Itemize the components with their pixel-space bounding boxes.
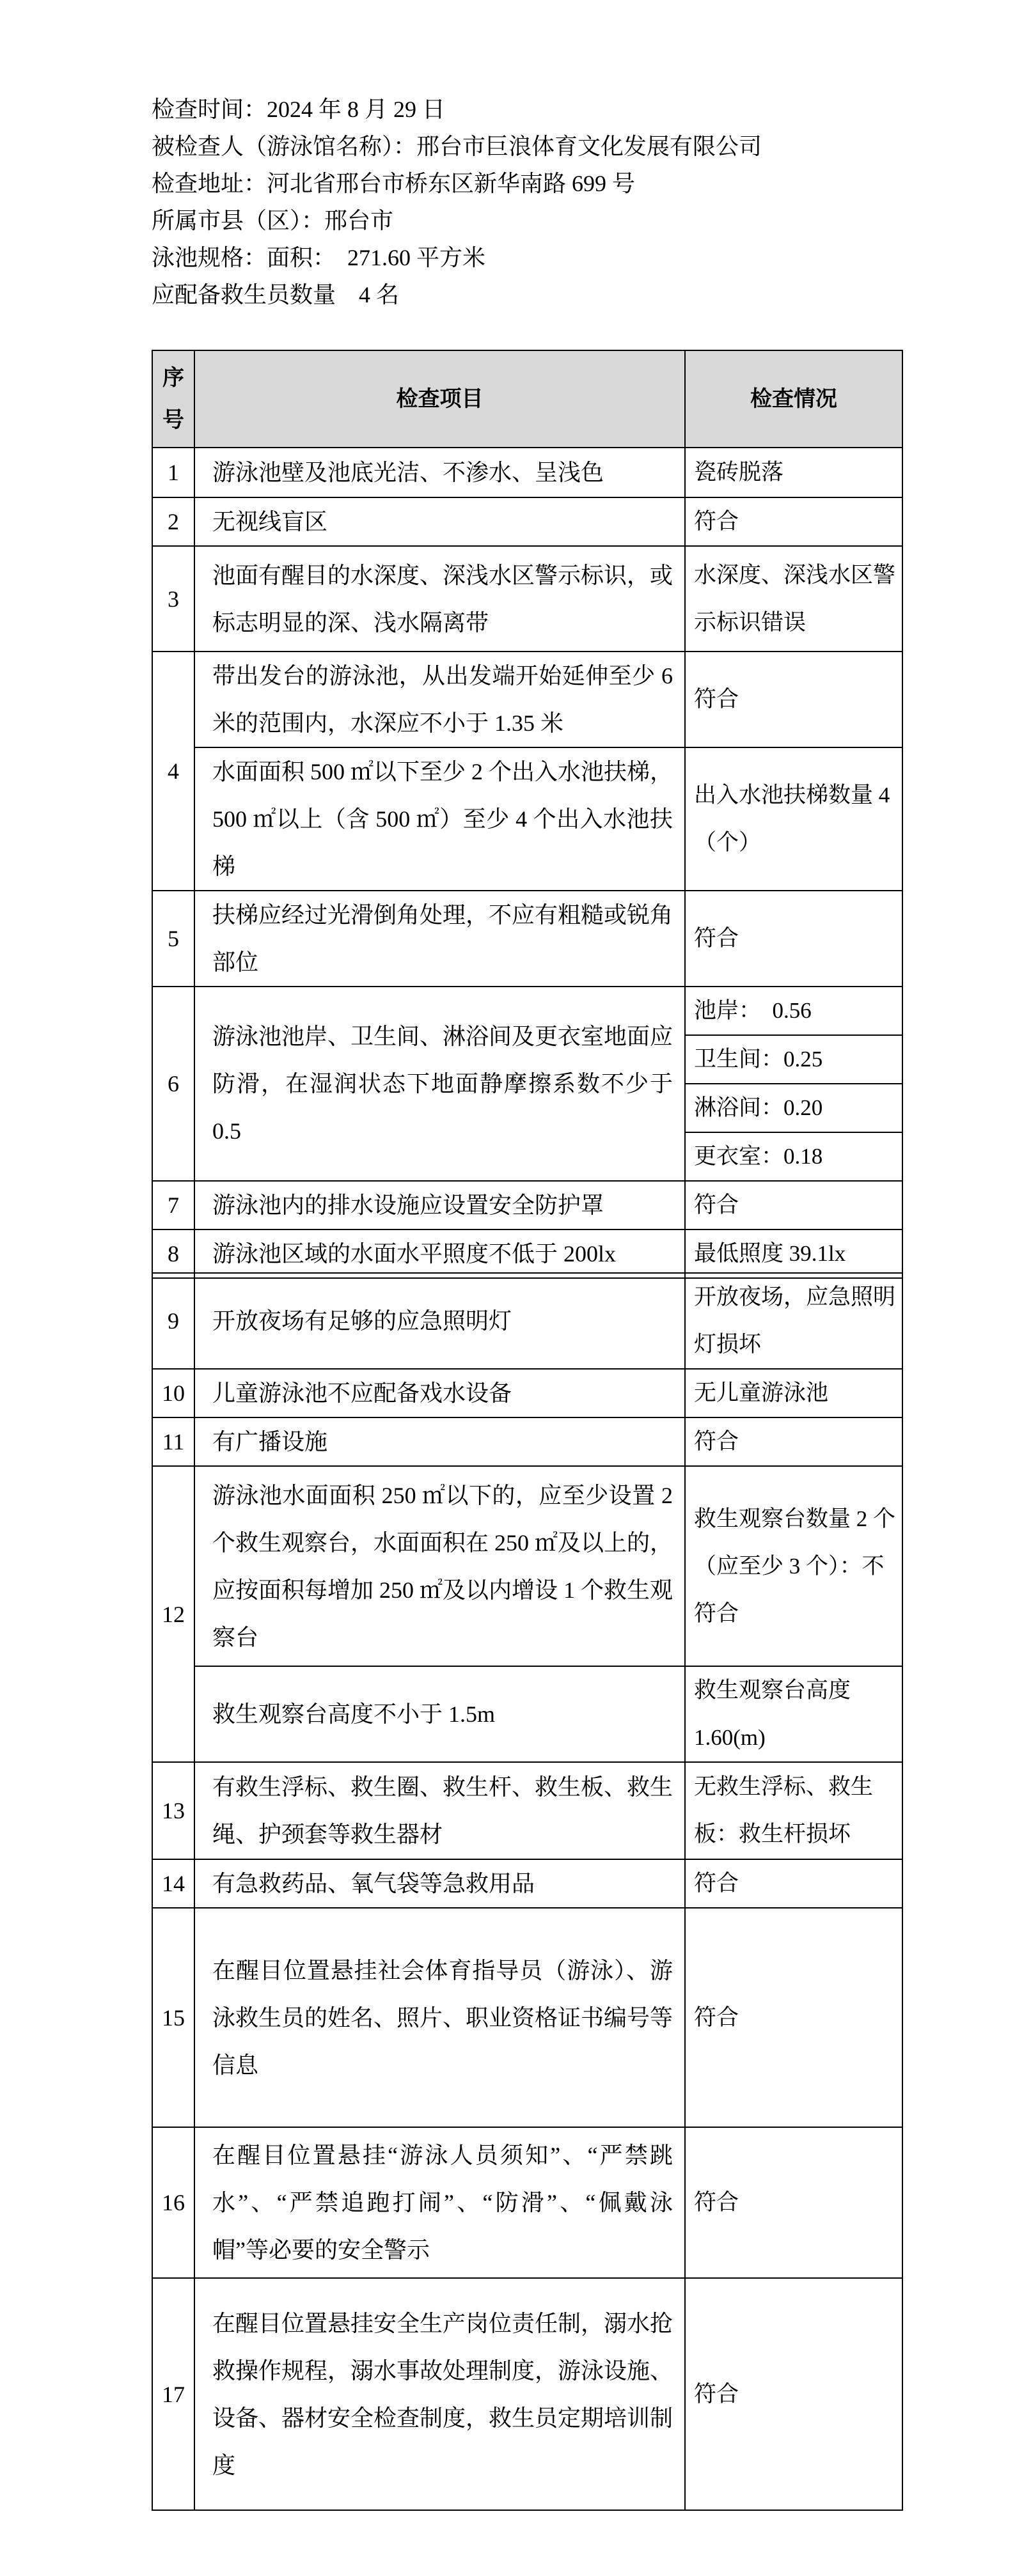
row-15-number: 15 — [152, 1908, 194, 2127]
info-line-inspection-time: 检查时间：2024 年 8 月 29 日 — [152, 91, 762, 128]
table-row: 14 有急救药品、氧气袋等急救用品 符合 — [152, 1859, 902, 1908]
info-line-address: 检查地址：河北省邢台市桥东区新华南路 699 号 — [152, 165, 762, 202]
row-17-number: 17 — [152, 2278, 194, 2510]
table-row: 3 池面有醒目的水深度、深浅水区警示标识，或标志明显的深、浅水隔离带 水深度、深… — [152, 546, 902, 652]
table-row: 8 游泳池区域的水面水平照度不低于 200lx 最低照度 39.1lx — [152, 1229, 902, 1278]
table-row: 2 无视线盲区 符合 — [152, 497, 902, 546]
row-9-result: 开放夜场，应急照明灯损坏 — [685, 1273, 902, 1369]
row-4-result-b: 出入水池扶梯数量 4（个） — [685, 747, 902, 891]
row-14-number: 14 — [152, 1859, 194, 1908]
row-10-number: 10 — [152, 1369, 194, 1417]
row-15-item: 在醒目位置悬挂社会体育指导员（游泳）、游泳救生员的姓名、照片、职业资格证书编号等… — [194, 1908, 685, 2127]
row-9-item: 开放夜场有足够的应急照明灯 — [194, 1273, 685, 1369]
row-13-item: 有救生浮标、救生圈、救生杆、救生板、救生绳、护颈套等救生器材 — [194, 1762, 685, 1859]
row-4-item-b: 水面面积 500 ㎡以下至少 2 个出入水池扶梯，500 ㎡以上（含 500 ㎡… — [194, 747, 685, 891]
table-row: 12 游泳池水面面积 250 ㎡以下的，应至少设置 2 个救生观察台，水面面积在… — [152, 1466, 902, 1666]
info-line-inspected-entity: 被检查人（游泳馆名称）：邢台市巨浪体育文化发展有限公司 — [152, 128, 762, 165]
row-8-item: 游泳池区域的水面水平照度不低于 200lx — [194, 1229, 685, 1278]
document-page: { "info": { "lines": [ "检查时间：2024 年 8 月 … — [0, 0, 1015, 2576]
row-16-result: 符合 — [685, 2127, 902, 2278]
table-row: 13 有救生浮标、救生圈、救生杆、救生板、救生绳、护颈套等救生器材 无救生浮标、… — [152, 1762, 902, 1859]
row-12-item-b: 救生观察台高度不小于 1.5m — [194, 1666, 685, 1762]
table-row: 17 在醒目位置悬挂安全生产岗位责任制，溺水抢救操作规程，溺水事故处理制度，游泳… — [152, 2278, 902, 2510]
info-line-pool-size: 泳池规格：面积： 271.60 平方米 — [152, 239, 762, 276]
row-11-item: 有广播设施 — [194, 1417, 685, 1466]
row-17-item: 在醒目位置悬挂安全生产岗位责任制，溺水抢救操作规程，溺水事故处理制度，游泳设施、… — [194, 2278, 685, 2510]
row-8-result: 最低照度 39.1lx — [685, 1229, 902, 1278]
row-6-result-changeroom: 更衣室：0.18 — [685, 1132, 902, 1181]
row-16-number: 16 — [152, 2127, 194, 2278]
row-1-number: 1 — [152, 448, 194, 497]
row-10-result: 无儿童游泳池 — [685, 1369, 902, 1417]
row-4-number: 4 — [152, 652, 194, 891]
table-row: 7 游泳池内的排水设施应设置安全防护罩 符合 — [152, 1181, 902, 1229]
row-1-result: 瓷砖脱落 — [685, 448, 902, 497]
table-row: 水面面积 500 ㎡以下至少 2 个出入水池扶梯，500 ㎡以上（含 500 ㎡… — [152, 747, 902, 891]
row-12-item-a: 游泳池水面面积 250 ㎡以下的，应至少设置 2 个救生观察台，水面面积在 25… — [194, 1466, 685, 1666]
row-2-number: 2 — [152, 497, 194, 546]
table-row: 救生观察台高度不小于 1.5m 救生观察台高度 1.60(m) — [152, 1666, 902, 1762]
inspection-info: 检查时间：2024 年 8 月 29 日 被检查人（游泳馆名称）：邢台市巨浪体育… — [152, 91, 762, 313]
info-line-city: 所属市县（区）：邢台市 — [152, 202, 762, 239]
table-row: 1 游泳池壁及池底光洁、不渗水、呈浅色 瓷砖脱落 — [152, 448, 902, 497]
row-7-item: 游泳池内的排水设施应设置安全防护罩 — [194, 1181, 685, 1229]
row-5-number: 5 — [152, 891, 194, 987]
col-header-result: 检查情况 — [685, 350, 902, 448]
row-6-result-restroom: 卫生间：0.25 — [685, 1035, 902, 1084]
row-12-number: 12 — [152, 1466, 194, 1762]
row-14-item: 有急救药品、氧气袋等急救用品 — [194, 1859, 685, 1908]
row-9-number: 9 — [152, 1273, 194, 1369]
table-row: 16 在醒目位置悬挂“游泳人员须知”、“严禁跳水”、“严禁追跑打闹”、“防滑”、… — [152, 2127, 902, 2278]
row-12-result-b: 救生观察台高度 1.60(m) — [685, 1666, 902, 1762]
row-5-result: 符合 — [685, 891, 902, 987]
row-6-number: 6 — [152, 987, 194, 1181]
table-row: 5 扶梯应经过光滑倒角处理，不应有粗糙或锐角部位 符合 — [152, 891, 902, 987]
table-row: 15 在醒目位置悬挂社会体育指导员（游泳）、游泳救生员的姓名、照片、职业资格证书… — [152, 1908, 902, 2127]
row-11-number: 11 — [152, 1417, 194, 1466]
row-12-result-a: 救生观察台数量 2 个（应至少 3 个）：不符合 — [685, 1466, 902, 1666]
table-row: 10 儿童游泳池不应配备戏水设备 无儿童游泳池 — [152, 1369, 902, 1417]
row-3-number: 3 — [152, 546, 194, 652]
row-15-result: 符合 — [685, 1908, 902, 2127]
table-row: 9 开放夜场有足够的应急照明灯 开放夜场，应急照明灯损坏 — [152, 1273, 902, 1369]
row-1-item: 游泳池壁及池底光洁、不渗水、呈浅色 — [194, 448, 685, 497]
row-17-result: 符合 — [685, 2278, 902, 2510]
table-row: 11 有广播设施 符合 — [152, 1417, 902, 1466]
row-6-item: 游泳池池岸、卫生间、淋浴间及更衣室地面应防滑，在湿润状态下地面静摩擦系数不少于 … — [194, 987, 685, 1181]
col-header-item: 检查项目 — [194, 350, 685, 448]
row-14-result: 符合 — [685, 1859, 902, 1908]
row-11-result: 符合 — [685, 1417, 902, 1466]
table-header-row: 序号 检查项目 检查情况 — [152, 350, 902, 448]
row-3-result: 水深度、深浅水区警示标识错误 — [685, 546, 902, 652]
row-10-item: 儿童游泳池不应配备戏水设备 — [194, 1369, 685, 1417]
row-2-result: 符合 — [685, 497, 902, 546]
row-8-number: 8 — [152, 1229, 194, 1278]
row-6-result-poolside: 池岸： 0.56 — [685, 987, 902, 1035]
row-2-item: 无视线盲区 — [194, 497, 685, 546]
inspection-table-part1: 序号 检查项目 检查情况 1 游泳池壁及池底光洁、不渗水、呈浅色 瓷砖脱落 2 … — [152, 350, 903, 1279]
row-13-number: 13 — [152, 1762, 194, 1859]
row-4-result-a: 符合 — [685, 652, 902, 747]
row-6-result-shower: 淋浴间：0.20 — [685, 1084, 902, 1132]
table-row: 4 带出发台的游泳池，从出发端开始延伸至少 6 米的范围内，水深应不小于 1.3… — [152, 652, 902, 747]
row-16-item: 在醒目位置悬挂“游泳人员须知”、“严禁跳水”、“严禁追跑打闹”、“防滑”、“佩戴… — [194, 2127, 685, 2278]
row-7-number: 7 — [152, 1181, 194, 1229]
row-7-result: 符合 — [685, 1181, 902, 1229]
table-row: 6 游泳池池岸、卫生间、淋浴间及更衣室地面应防滑，在湿润状态下地面静摩擦系数不少… — [152, 987, 902, 1035]
row-4-item-a: 带出发台的游泳池，从出发端开始延伸至少 6 米的范围内，水深应不小于 1.35 … — [194, 652, 685, 747]
col-header-number: 序号 — [152, 350, 194, 448]
row-5-item: 扶梯应经过光滑倒角处理，不应有粗糙或锐角部位 — [194, 891, 685, 987]
inspection-table-part2: 9 开放夜场有足够的应急照明灯 开放夜场，应急照明灯损坏 10 儿童游泳池不应配… — [152, 1272, 903, 2511]
row-3-item: 池面有醒目的水深度、深浅水区警示标识，或标志明显的深、浅水隔离带 — [194, 546, 685, 652]
row-13-result: 无救生浮标、救生板：救生杆损坏 — [685, 1762, 902, 1859]
info-line-lifeguard-count: 应配备救生员数量 4 名 — [152, 276, 762, 313]
